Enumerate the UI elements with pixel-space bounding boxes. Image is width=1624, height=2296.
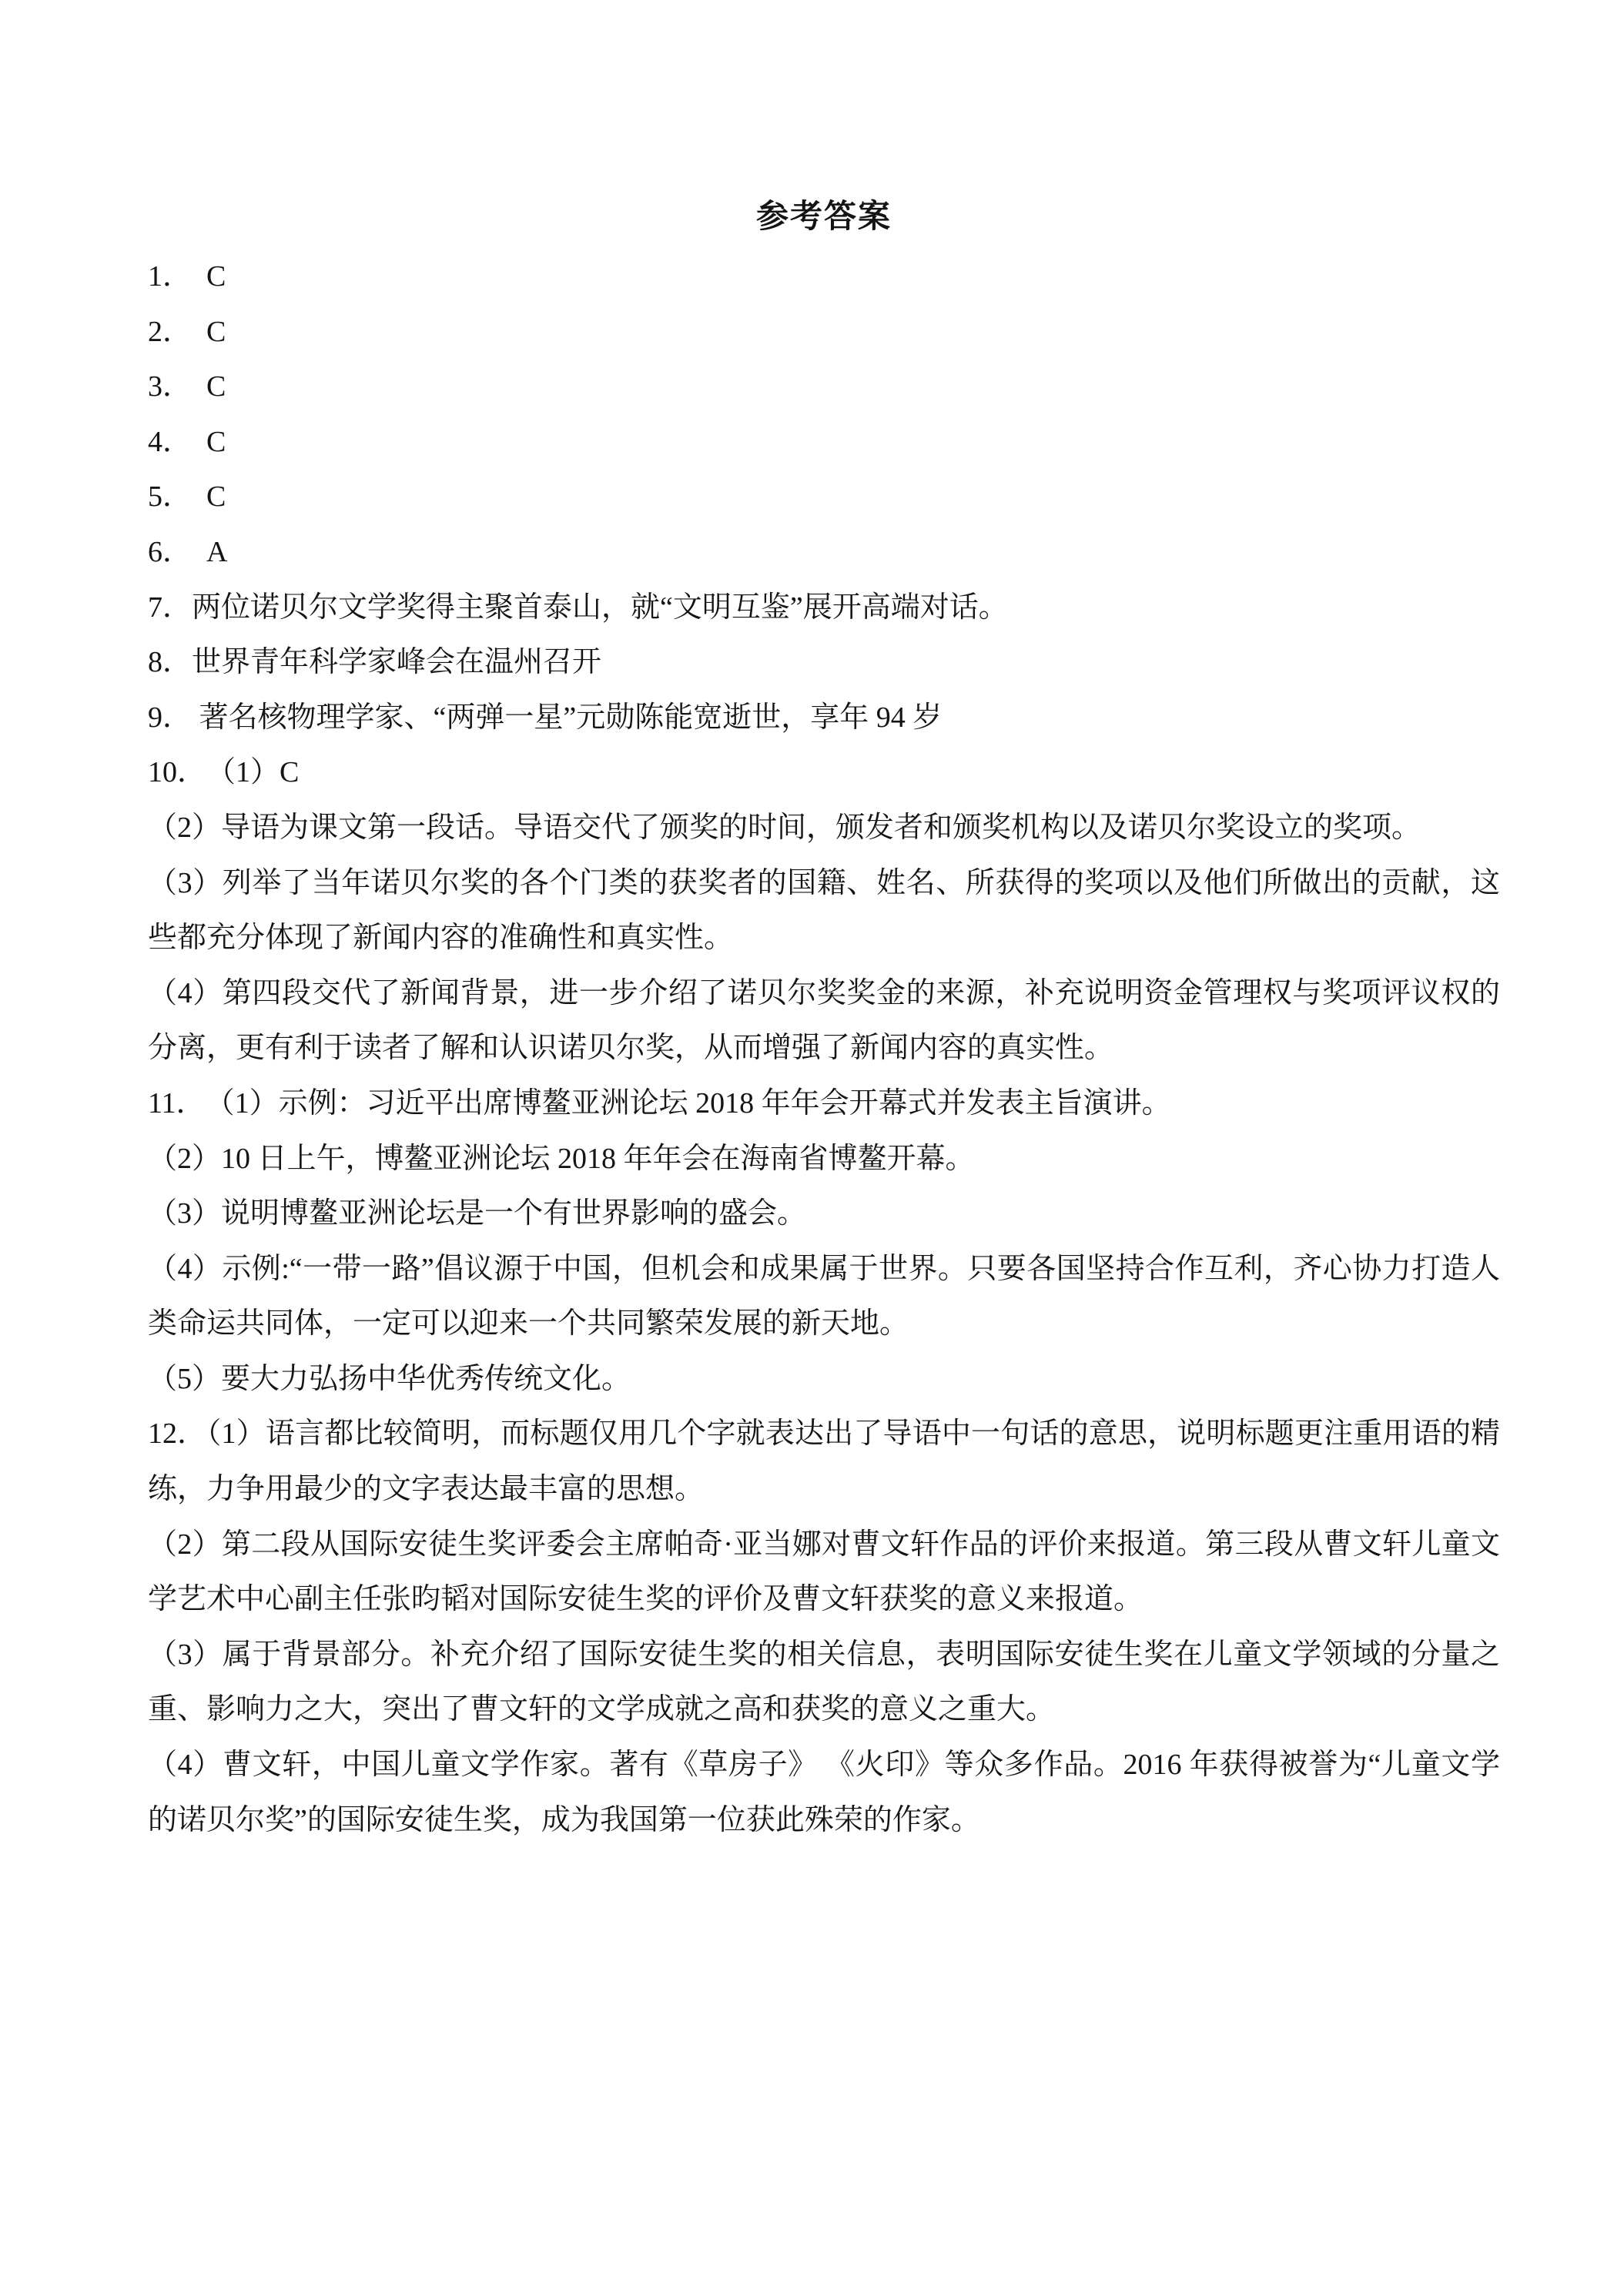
answer-line-10-2: （2）导语为课文第一段话。导语交代了颁奖的时间，颁发者和颁奖机构以及诺贝尔奖设立… bbox=[148, 801, 1500, 856]
answer-line-10-1: 10． （1）C bbox=[148, 745, 1500, 801]
answer-line-6: 6． A bbox=[148, 525, 1500, 581]
answer-line-5: 5． C bbox=[148, 470, 1500, 525]
answer-line-10-3: （3）列举了当年诺贝尔奖的各个门类的获奖者的国籍、姓名、所获得的奖项以及他们所做… bbox=[148, 856, 1500, 966]
answer-line-11-1: 11． （1）示例：习近平出席博鳌亚洲论坛 2018 年年会开幕式并发表主旨演讲… bbox=[148, 1076, 1500, 1132]
answer-line-12-1: 12．（1）语言都比较简明，而标题仅用几个字就表达出了导语中一句话的意思，说明标… bbox=[148, 1407, 1500, 1517]
document-content: 参考答案 1． C 2． C 3． C 4． C 5． C 6． A 7．两位诺… bbox=[148, 189, 1500, 1848]
answer-line-10-4: （4）第四段交代了新闻背景，进一步介绍了诺贝尔奖奖金的来源，补充说明资金管理权与… bbox=[148, 966, 1500, 1076]
answer-line-11-3: （3）说明博鳌亚洲论坛是一个有世界影响的盛会。 bbox=[148, 1186, 1500, 1242]
answer-line-11-2: （2）10 日上午，博鳌亚洲论坛 2018 年年会在海南省博鳌开幕。 bbox=[148, 1132, 1500, 1187]
answer-line-3: 3． C bbox=[148, 360, 1500, 415]
answer-line-11-5: （5）要大力弘扬中华优秀传统文化。 bbox=[148, 1352, 1500, 1407]
answer-line-12-3: （3）属于背景部分。补充介绍了国际安徒生奖的相关信息，表明国际安徒生奖在儿童文学… bbox=[148, 1628, 1500, 1738]
answer-line-4: 4． C bbox=[148, 415, 1500, 470]
answer-key-page: 参考答案 1． C 2． C 3． C 4． C 5． C 6． A 7．两位诺… bbox=[0, 0, 1624, 2296]
answer-line-11-4: （4）示例:“一带一路”倡议源于中国，但机会和成果属于世界。只要各国坚持合作互利… bbox=[148, 1242, 1500, 1352]
answer-line-1: 1． C bbox=[148, 249, 1500, 305]
answer-line-12-2: （2）第二段从国际安徒生奖评委会主席帕奇·亚当娜对曹文轩作品的评价来报道。第三段… bbox=[148, 1518, 1500, 1628]
answer-line-9: 9． 著名核物理学家、“两弹一星”元勋陈能宽逝世，享年 94 岁 bbox=[148, 691, 1500, 746]
answer-line-2: 2． C bbox=[148, 305, 1500, 360]
page-title: 参考答案 bbox=[148, 189, 1500, 245]
answer-line-7: 7．两位诺贝尔文学奖得主聚首泰山，就“文明互鉴”展开高端对话。 bbox=[148, 581, 1500, 636]
answer-line-12-4: （4）曹文轩，中国儿童文学作家。著有《草房子》 《火印》等众多作品。2016 年… bbox=[148, 1738, 1500, 1848]
answer-line-8: 8．世界青年科学家峰会在温州召开 bbox=[148, 635, 1500, 691]
